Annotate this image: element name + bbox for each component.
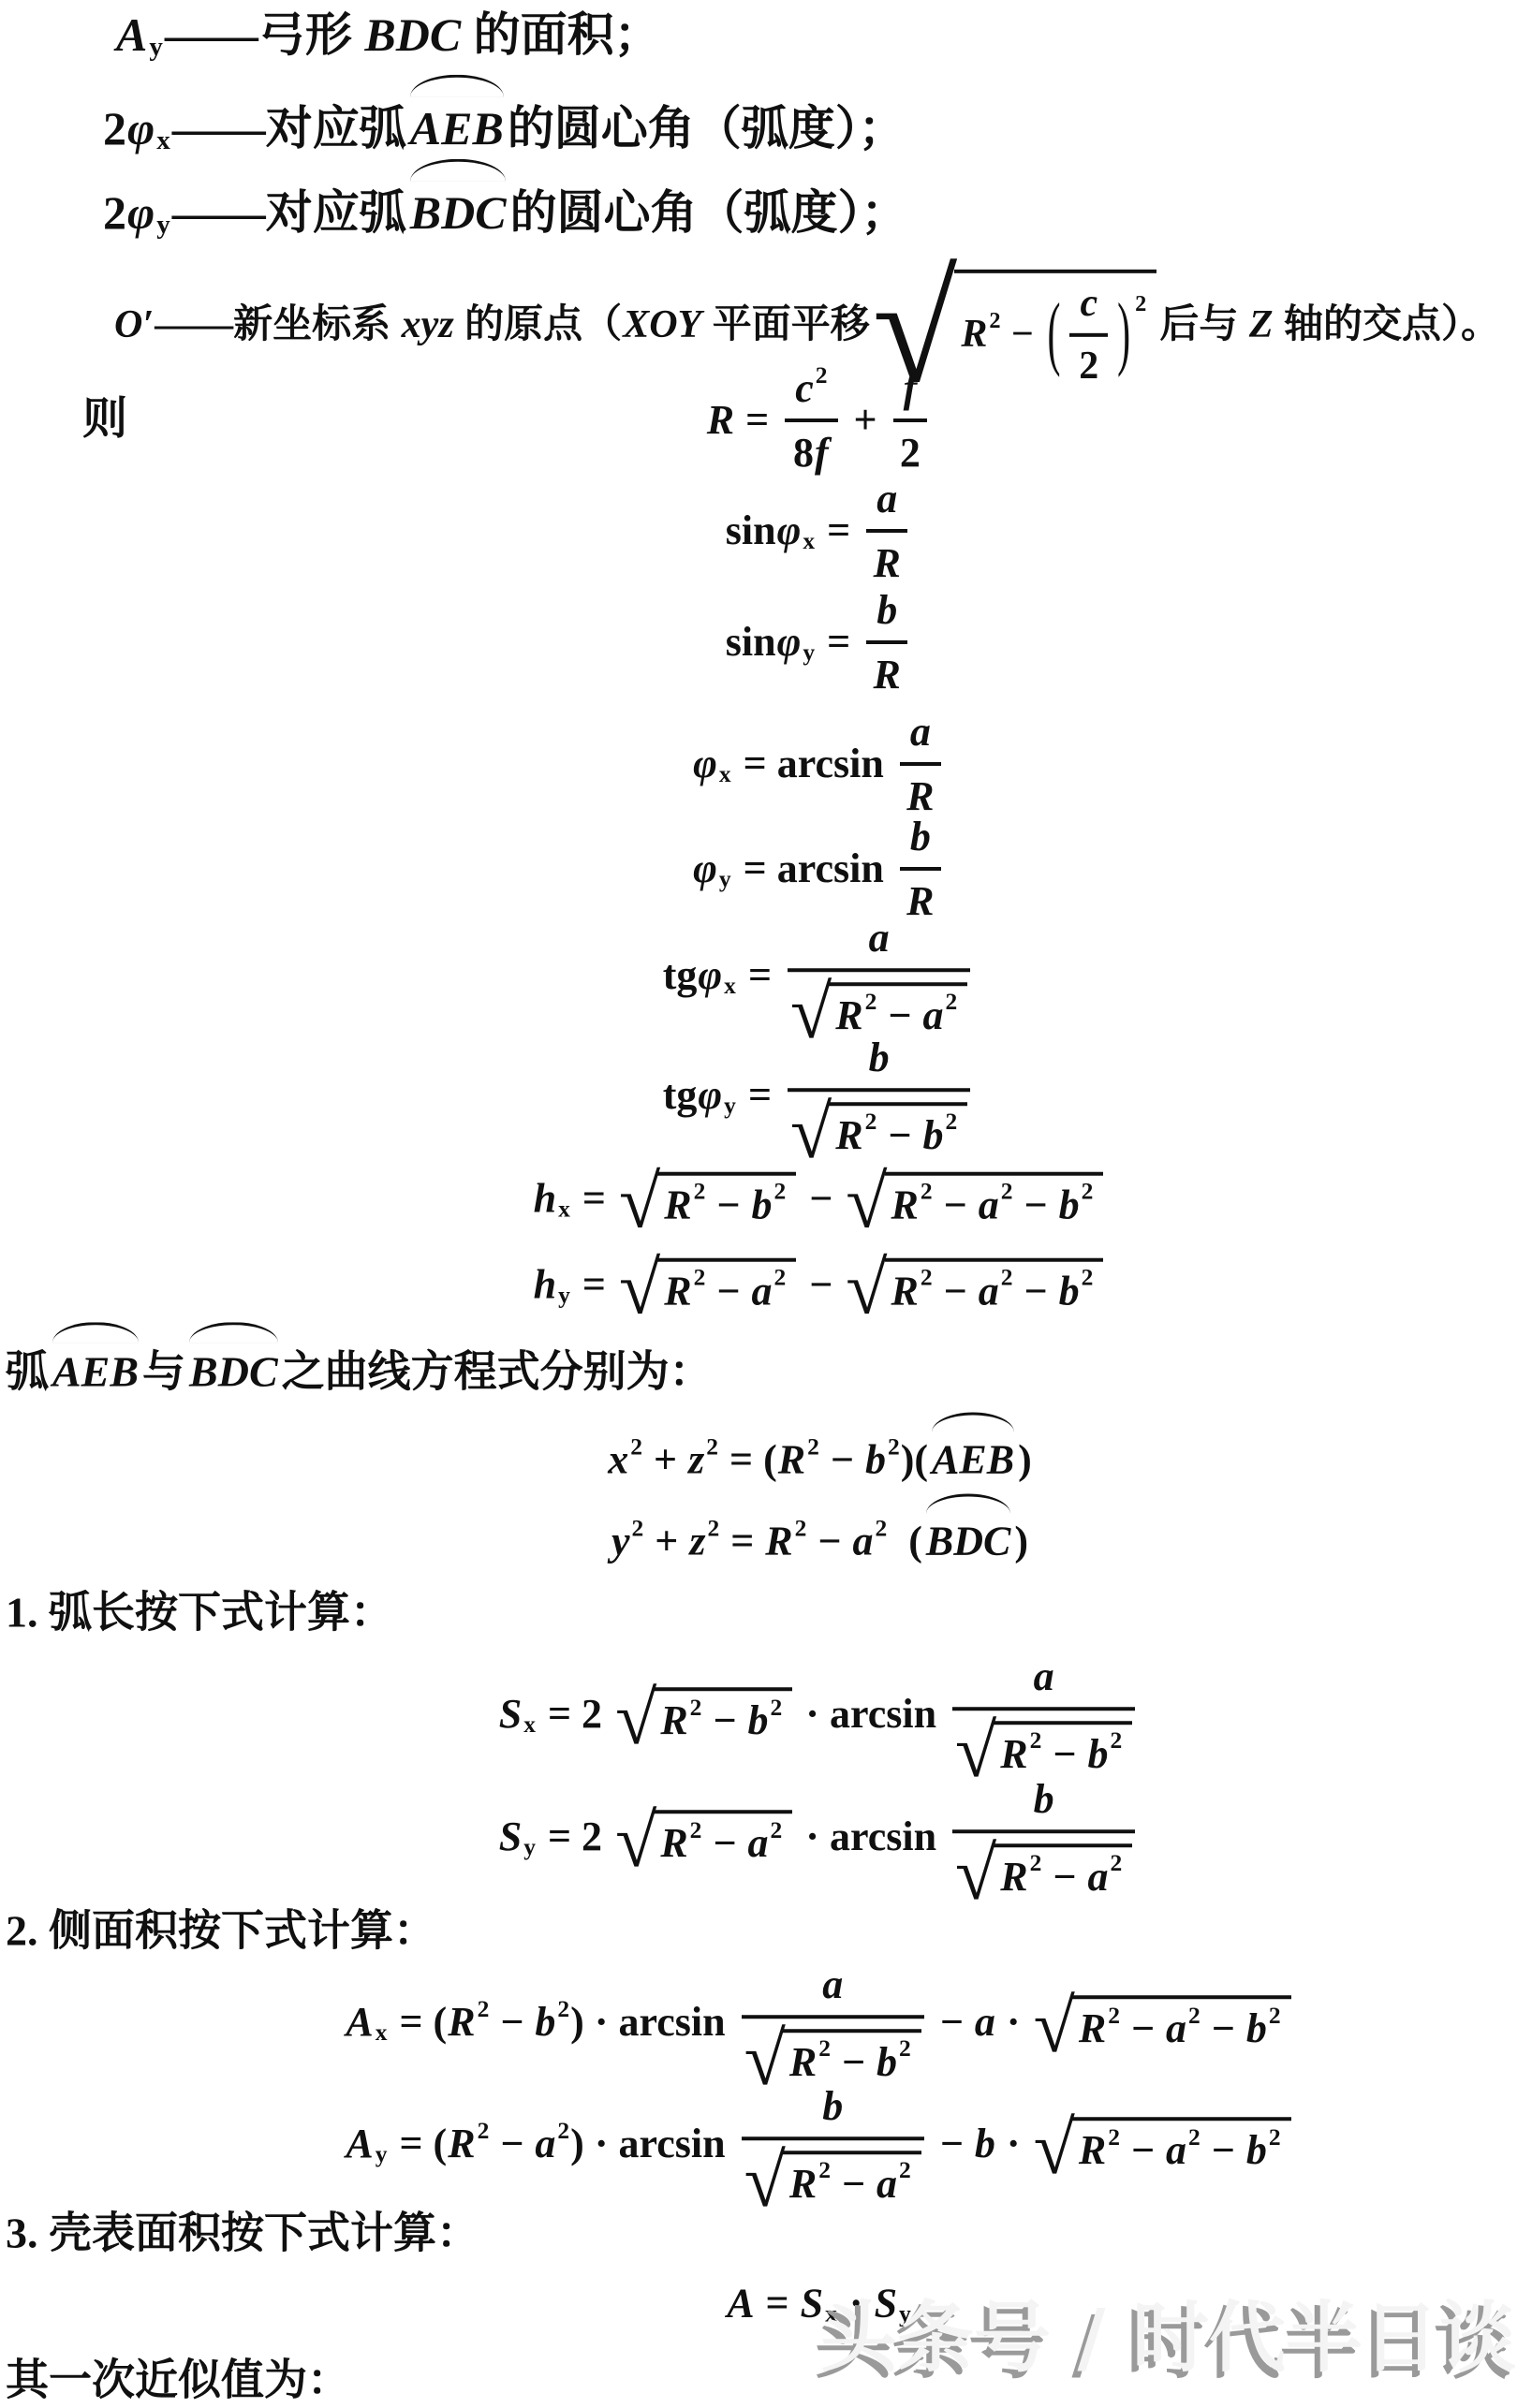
fraction-numerator: a [788, 910, 970, 972]
math-variable: R [777, 1434, 806, 1486]
math-superscript: 2 [816, 360, 828, 390]
math-fraction: f2 [893, 360, 928, 478]
sqrt-content: R2 − a2 − b2 [885, 1171, 1104, 1230]
math-subscript: y [376, 2140, 388, 2170]
math-text: 弓形 [258, 6, 364, 65]
math-variable: φ [697, 950, 723, 1002]
section-heading: 3. 壳表面积按下式计算： [0, 2206, 1532, 2260]
fraction-numerator: c2 [785, 360, 837, 422]
math-fraction: b√R2 − a2 [742, 2078, 924, 2210]
math-text: ( [908, 1516, 922, 1567]
math-text: 1. 弧长按下式计算： [6, 1585, 393, 1639]
math-text: = [735, 394, 779, 446]
fraction-numerator: f [893, 360, 928, 422]
math-subscript: y [719, 864, 731, 894]
math-variable: AEB [52, 1347, 140, 1395]
fraction-numerator: b [866, 582, 907, 644]
watermark: 头条号 / 时代半日谈 [820, 2291, 1516, 2387]
math-superscript: 2 [631, 1513, 643, 1543]
math-text: − [934, 1265, 978, 1316]
math-variable: h [533, 1259, 557, 1311]
math-variable: a [876, 473, 898, 524]
math-superscript: 2 [1082, 1263, 1094, 1293]
math-variable: R [891, 1179, 920, 1230]
math-variable: R [788, 2158, 818, 2210]
math-variable: b [1058, 1265, 1081, 1316]
math-variable: b [747, 1695, 770, 1746]
math-text: = 2 [538, 1812, 612, 1863]
fraction-denominator: R [866, 533, 907, 589]
formula-line: φx = arcsin aR [0, 704, 1532, 822]
section-heading: 2. 侧面积按下式计算： [0, 1903, 1532, 1958]
math-text: = ( [389, 1997, 447, 2048]
math-variable: b [1245, 2124, 1268, 2176]
radical-icon: √ [744, 2150, 786, 2214]
math-text: —— [155, 301, 233, 350]
fraction-numerator: b [952, 1771, 1135, 1833]
radical-icon: √ [619, 1257, 660, 1322]
math-subscript: x [719, 759, 731, 789]
math-variable: z [687, 1434, 705, 1486]
math-text: − [1201, 2124, 1245, 2176]
math-superscript: 2 [945, 987, 957, 1017]
math-text: − [706, 1265, 750, 1316]
formula-line: hy = √R2 − a2 − √R2 − a2 − b2 [0, 1253, 1532, 1317]
math-variable: φ [126, 184, 155, 242]
sqrt-content: R2 − b2 [654, 1687, 792, 1746]
fraction-denominator: √R2 − b2 [742, 2019, 924, 2088]
math-superscript: 2 [1108, 2001, 1120, 2031]
math-superscript: 2 [807, 1432, 819, 1461]
math-subscript: x [523, 1711, 536, 1740]
fraction-denominator: 8f [785, 422, 837, 478]
math-text: − [702, 1695, 746, 1746]
math-superscript: 2 [1108, 2122, 1120, 2152]
math-text: 2 [103, 184, 126, 242]
math-sqrt: √R2 − a2 [619, 1253, 796, 1317]
math-arc: AEB [49, 1344, 142, 1399]
math-variable: b [868, 1032, 891, 1083]
math-text: = [720, 1516, 764, 1567]
math-text: − [490, 2119, 534, 2170]
section-heading: 1. 弧长按下式计算： [0, 1585, 1532, 1639]
math-variable: a [974, 1997, 996, 2048]
math-text: 2. 侧面积按下式计算： [6, 1903, 436, 1958]
math-superscript: 2 [795, 1513, 807, 1543]
math-subscript: y [523, 1833, 536, 1863]
math-variable: φ [692, 738, 718, 789]
math-variable: b [750, 1179, 773, 1230]
math-subscript: y [156, 208, 170, 242]
math-text: )( [901, 1434, 928, 1486]
math-superscript: 2 [921, 1263, 933, 1293]
math-superscript: 2 [1269, 2122, 1281, 2152]
math-variable: φ [126, 99, 155, 158]
math-text: —— [172, 184, 266, 242]
math-variable: b [1058, 1179, 1081, 1230]
document-page: Ay——弓形 BDC 的面积；2φx——对应弧AEB的圆心角（弧度）；2φy——… [0, 0, 1532, 2408]
math-fraction: aR [866, 471, 907, 589]
fraction-numerator: b [900, 809, 941, 871]
math-variable: R [873, 537, 902, 589]
math-variable: R [873, 649, 902, 700]
fraction-numerator: b [788, 1030, 970, 1092]
math-superscript: 2 [921, 1177, 933, 1207]
math-variable: O′ [113, 301, 155, 350]
math-text: − [832, 2158, 876, 2210]
definition-line: Ay——弓形 BDC 的面积； [0, 6, 1532, 65]
math-variable: a [1087, 1851, 1110, 1902]
section-heading: 弧AEB与BDC之曲线方程式分别为： [0, 1344, 1532, 1399]
math-text: 2 [103, 99, 126, 158]
math-superscript: 2 [875, 1513, 887, 1543]
math-variable: b [921, 1109, 944, 1161]
math-fraction: a√R2 − b2 [742, 1957, 924, 2088]
math-variable: R [663, 1179, 692, 1230]
math-sqrt: √R2 − a2 − b2 [1034, 1990, 1291, 2055]
math-text: ) · arcsin [570, 1997, 735, 2048]
math-superscript: 2 [1269, 2001, 1281, 2031]
math-superscript: 2 [865, 1107, 877, 1137]
math-subscript: x [803, 526, 815, 556]
sqrt-content: R2 − a2 − b2 [1072, 1995, 1291, 2054]
math-text: —— [165, 6, 258, 65]
math-text: − [1002, 309, 1044, 359]
math-text: 后与 [1159, 301, 1248, 350]
radical-icon: √ [1034, 1995, 1075, 2060]
math-superscript: 2 [694, 1263, 706, 1293]
math-arc: BDC [406, 184, 510, 242]
math-superscript: 2 [1030, 1848, 1042, 1878]
math-fraction: c28f [785, 360, 837, 478]
math-superscript: 2 [899, 2155, 911, 2185]
math-superscript: 2 [478, 2116, 490, 2146]
math-text: 与 [142, 1344, 185, 1399]
math-text: = [572, 1259, 616, 1311]
math-text: 新坐标系 [233, 301, 401, 350]
radical-icon: √ [615, 1687, 656, 1752]
math-variable: A [345, 2119, 374, 2170]
sqrt-content: R2 − b2 [829, 1102, 967, 1161]
math-text: − [1042, 1851, 1086, 1902]
math-variable: R [447, 2119, 476, 2170]
math-variable: R [960, 309, 988, 359]
math-sqrt: √R2 − a2 [615, 1805, 792, 1870]
math-variable: a [978, 1265, 1000, 1316]
math-text: · [996, 1997, 1031, 2048]
math-text: 对应弧 [266, 184, 406, 242]
math-text: tg [663, 1070, 698, 1122]
math-variable: b [1033, 1773, 1055, 1825]
sqrt-content: R2 − a2 − b2 [885, 1257, 1104, 1316]
math-text: − [1121, 2124, 1165, 2176]
math-superscript: 2 [818, 2034, 831, 2063]
math-superscript: 2 [1111, 1848, 1123, 1878]
math-fraction: a√R2 − a2 [788, 910, 970, 1041]
math-variable: R [663, 1265, 692, 1316]
math-variable: S [498, 1689, 523, 1740]
math-superscript: 2 [1001, 1263, 1013, 1293]
fraction-numerator: a [900, 704, 941, 766]
math-superscript: 2 [771, 1815, 783, 1845]
math-variable: b [821, 2080, 844, 2132]
fraction-numerator: c [1069, 277, 1108, 337]
fraction-denominator: √R2 − a2 [952, 1833, 1135, 1902]
math-variable: XOY [622, 301, 702, 350]
math-superscript: 2 [1135, 290, 1146, 318]
math-variable: b [876, 584, 898, 636]
sqrt-content: R2 − a2 [994, 1843, 1132, 1902]
math-text: = ( [389, 2119, 447, 2170]
math-sqrt: √R2 − a2 − b2 [846, 1167, 1103, 1231]
math-variable: A [726, 2278, 755, 2329]
definition-line: 2φx——对应弧AEB的圆心角（弧度）； [0, 99, 1532, 158]
math-text: − [1201, 2003, 1245, 2054]
formula-line: tgφy = b√R2 − b2 [0, 1030, 1532, 1161]
formula-line: R = c28f + f2 [0, 360, 1532, 478]
radical-icon: √ [846, 1257, 887, 1322]
math-superscript: 2 [1188, 2122, 1201, 2152]
math-text: − [799, 1259, 843, 1311]
math-text: = [738, 950, 782, 1002]
math-superscript: 2 [771, 1693, 783, 1723]
math-text: = [817, 616, 861, 668]
math-variable: φ [776, 616, 803, 668]
math-text: —— [172, 99, 266, 158]
math-superscript: 2 [1001, 1177, 1013, 1207]
formula-line: Ay = (R2 − a2) · arcsin b√R2 − a2 − b · … [0, 2078, 1532, 2210]
math-variable: R [891, 1265, 920, 1316]
formula-line: sinφy = bR [0, 582, 1532, 700]
math-text: 的原点（ [455, 301, 623, 350]
math-variable: a [821, 1959, 844, 2010]
definition-line: 2φy——对应弧BDC的圆心角（弧度）； [0, 184, 1532, 242]
math-variable: f [903, 362, 919, 414]
math-subscript: x [558, 1195, 570, 1225]
math-sqrt: √R2 − a2 [744, 2145, 921, 2210]
math-variable: a [876, 2158, 898, 2210]
math-variable: c [794, 362, 815, 414]
math-text: 之曲线方程式分别为： [282, 1344, 713, 1399]
math-variable: R [659, 1695, 688, 1746]
fraction-denominator: R [866, 644, 907, 700]
radical-icon: √ [955, 1843, 996, 1907]
math-variable: AEB [931, 1437, 1015, 1483]
math-subscript: x [156, 124, 170, 157]
fraction-denominator: √R2 − b2 [952, 1711, 1135, 1780]
math-variable: A [345, 1997, 374, 2048]
math-superscript: 2 [888, 1432, 900, 1461]
math-variable: φ [776, 505, 803, 556]
math-variable: R [659, 1817, 688, 1869]
math-text: + [643, 1434, 687, 1486]
radical-icon: √ [615, 1810, 656, 1874]
math-variable: h [533, 1173, 557, 1225]
math-variable: BDC [363, 6, 462, 65]
math-text: 其一次近似值为： [6, 2353, 350, 2407]
math-superscript: 2 [478, 1994, 490, 2024]
math-sqrt: √R2 − a2 − b2 [1034, 2112, 1291, 2177]
math-text: tg [663, 950, 698, 1002]
radical-icon: √ [790, 1101, 832, 1166]
math-variable: R [834, 1109, 863, 1161]
math-text: − [934, 1179, 978, 1230]
formula-line: x2 + z2 = (R2 − b2)(AEB) [0, 1434, 1532, 1486]
math-superscript: 2 [694, 1177, 706, 1207]
formula-line: hx = √R2 − b2 − √R2 − a2 − b2 [0, 1167, 1532, 1231]
math-variable: Z [1248, 301, 1274, 350]
math-variable: a [978, 1179, 1000, 1230]
math-variable: R [1078, 2003, 1107, 2054]
math-variable: c [1079, 279, 1098, 329]
math-variable: R [764, 1516, 793, 1567]
math-subscript: x [724, 972, 736, 1002]
math-text: sin [726, 616, 776, 668]
sqrt-content: R2 − b2 [657, 1171, 796, 1230]
math-fraction: bR [900, 809, 941, 927]
math-variable: BDC [925, 1519, 1011, 1564]
math-superscript: 2 [773, 1177, 786, 1207]
math-superscript: 2 [690, 1815, 702, 1845]
fraction-numerator: b [742, 2078, 924, 2140]
math-superscript: 2 [773, 1263, 786, 1293]
formula-line: φy = arcsin bR [0, 809, 1532, 927]
math-superscript: 2 [1082, 1177, 1094, 1207]
fraction-denominator: √R2 − b2 [788, 1092, 970, 1161]
math-text: · [996, 2119, 1031, 2170]
math-gap [888, 1541, 908, 1542]
math-variable: xyz [401, 301, 455, 350]
math-text: − [706, 1179, 750, 1230]
radical-icon: √ [1034, 2117, 1075, 2181]
math-subscript: x [376, 2019, 388, 2048]
math-text: = [738, 1070, 782, 1122]
math-text: = [756, 2278, 800, 2329]
math-arc: BDC [922, 1516, 1014, 1567]
math-text: − [1014, 1265, 1058, 1316]
math-variable: R [706, 394, 735, 446]
math-text: ) · arcsin [570, 2119, 735, 2170]
math-variable: b [909, 811, 932, 862]
math-sqrt: √R2 − b2 [615, 1682, 792, 1747]
formula-line: Sx = 2 √R2 − b2 · arcsin a√R2 − b2 [0, 1649, 1532, 1780]
math-variable: b [864, 1434, 887, 1486]
fraction-numerator: a [742, 1957, 924, 2019]
math-superscript: 2 [1111, 1725, 1123, 1755]
math-variable: BDC [188, 1347, 279, 1395]
math-text: 轴的交点）。 [1274, 301, 1500, 350]
math-text: − [877, 1109, 921, 1161]
math-variable: z [688, 1516, 706, 1567]
math-text: 3. 壳表面积按下式计算： [6, 2206, 479, 2260]
math-sqrt: √R2 − a2 − b2 [846, 1253, 1103, 1317]
math-text: 的面积； [462, 6, 661, 65]
math-superscript: 2 [989, 307, 1000, 335]
math-variable: R [447, 1997, 476, 2048]
math-text: − [820, 1434, 864, 1486]
math-text: = 2 [538, 1689, 612, 1740]
math-subscript: y [803, 638, 815, 668]
math-text: = [817, 505, 861, 556]
math-variable: R [999, 1851, 1028, 1902]
math-text: − [799, 1173, 843, 1225]
math-variable: A [115, 6, 148, 65]
math-text: 的圆心角（弧度）； [508, 99, 906, 158]
math-variable: S [498, 1812, 523, 1863]
math-superscript: 2 [630, 1432, 642, 1461]
fraction-denominator: 2 [893, 422, 928, 478]
math-superscript: 2 [557, 1994, 569, 2024]
math-sqrt: √R2 − a2 [955, 1838, 1132, 1902]
math-variable: a [750, 1265, 773, 1316]
math-text: − [1014, 1179, 1058, 1230]
math-variable: a [1165, 2003, 1187, 2054]
formula-line: sinφx = aR [0, 471, 1532, 589]
math-variable: a [909, 706, 932, 757]
formula-line: Ax = (R2 − b2) · arcsin a√R2 − b2 − a · … [0, 1957, 1532, 2088]
math-variable: b [1245, 2003, 1268, 2054]
math-variable: BDC [409, 186, 508, 239]
math-text: ) [1014, 1516, 1028, 1567]
fraction-numerator: a [952, 1649, 1135, 1711]
formula-line: y2 + z2 = R2 − a2(BDC) [0, 1516, 1532, 1567]
formula-line: Sy = 2 √R2 − a2 · arcsin b√R2 − a2 [0, 1771, 1532, 1902]
math-text: − [930, 1997, 974, 2048]
math-variable: φ [697, 1070, 723, 1122]
math-variable: a [747, 1817, 770, 1869]
math-fraction: b√R2 − b2 [788, 1030, 970, 1161]
math-text: − [930, 2119, 974, 2170]
math-sqrt: √R2 − b2 [955, 1715, 1132, 1780]
math-variable: a [1033, 1651, 1055, 1702]
math-superscript: 2 [945, 1107, 957, 1137]
math-sqrt: √R2 − b2 [619, 1167, 796, 1231]
sqrt-content: R2 − a2 [657, 1257, 796, 1316]
math-fraction: b√R2 − a2 [952, 1771, 1135, 1902]
math-text: ) [1018, 1434, 1032, 1486]
math-text: = [572, 1173, 616, 1225]
math-fraction: bR [866, 582, 907, 700]
math-text: sin [726, 505, 776, 556]
sqrt-content: R2 − a2 [783, 2151, 921, 2210]
math-arc: BDC [185, 1344, 282, 1399]
fraction-denominator: √R2 − a2 [742, 2140, 924, 2210]
math-variable: b [534, 1997, 556, 2048]
math-text: = arcsin [733, 843, 894, 894]
math-text: − [702, 1817, 746, 1869]
math-fraction: a√R2 − b2 [952, 1649, 1135, 1780]
math-subscript: y [149, 30, 163, 64]
math-superscript: 2 [706, 1432, 718, 1461]
math-text: + [644, 1516, 688, 1567]
math-text: 平面平移 [702, 301, 870, 350]
math-text: = arcsin [733, 738, 894, 789]
math-text: 对应弧 [266, 99, 406, 158]
radical-icon: √ [619, 1171, 660, 1236]
math-variable: a [851, 1516, 874, 1567]
math-variable: φ [692, 843, 718, 894]
fraction-numerator: a [866, 471, 907, 533]
math-superscript: 2 [557, 2116, 569, 2146]
math-text: 弧 [6, 1344, 49, 1399]
math-variable: a [868, 912, 891, 963]
math-text: − [807, 1516, 851, 1567]
math-sqrt: √R2 − b2 [790, 1096, 967, 1161]
radical-icon: √ [846, 1171, 887, 1236]
math-text: 的圆心角（弧度）； [510, 184, 908, 242]
math-text: − [1121, 2003, 1165, 2054]
math-variable: x [607, 1434, 629, 1486]
